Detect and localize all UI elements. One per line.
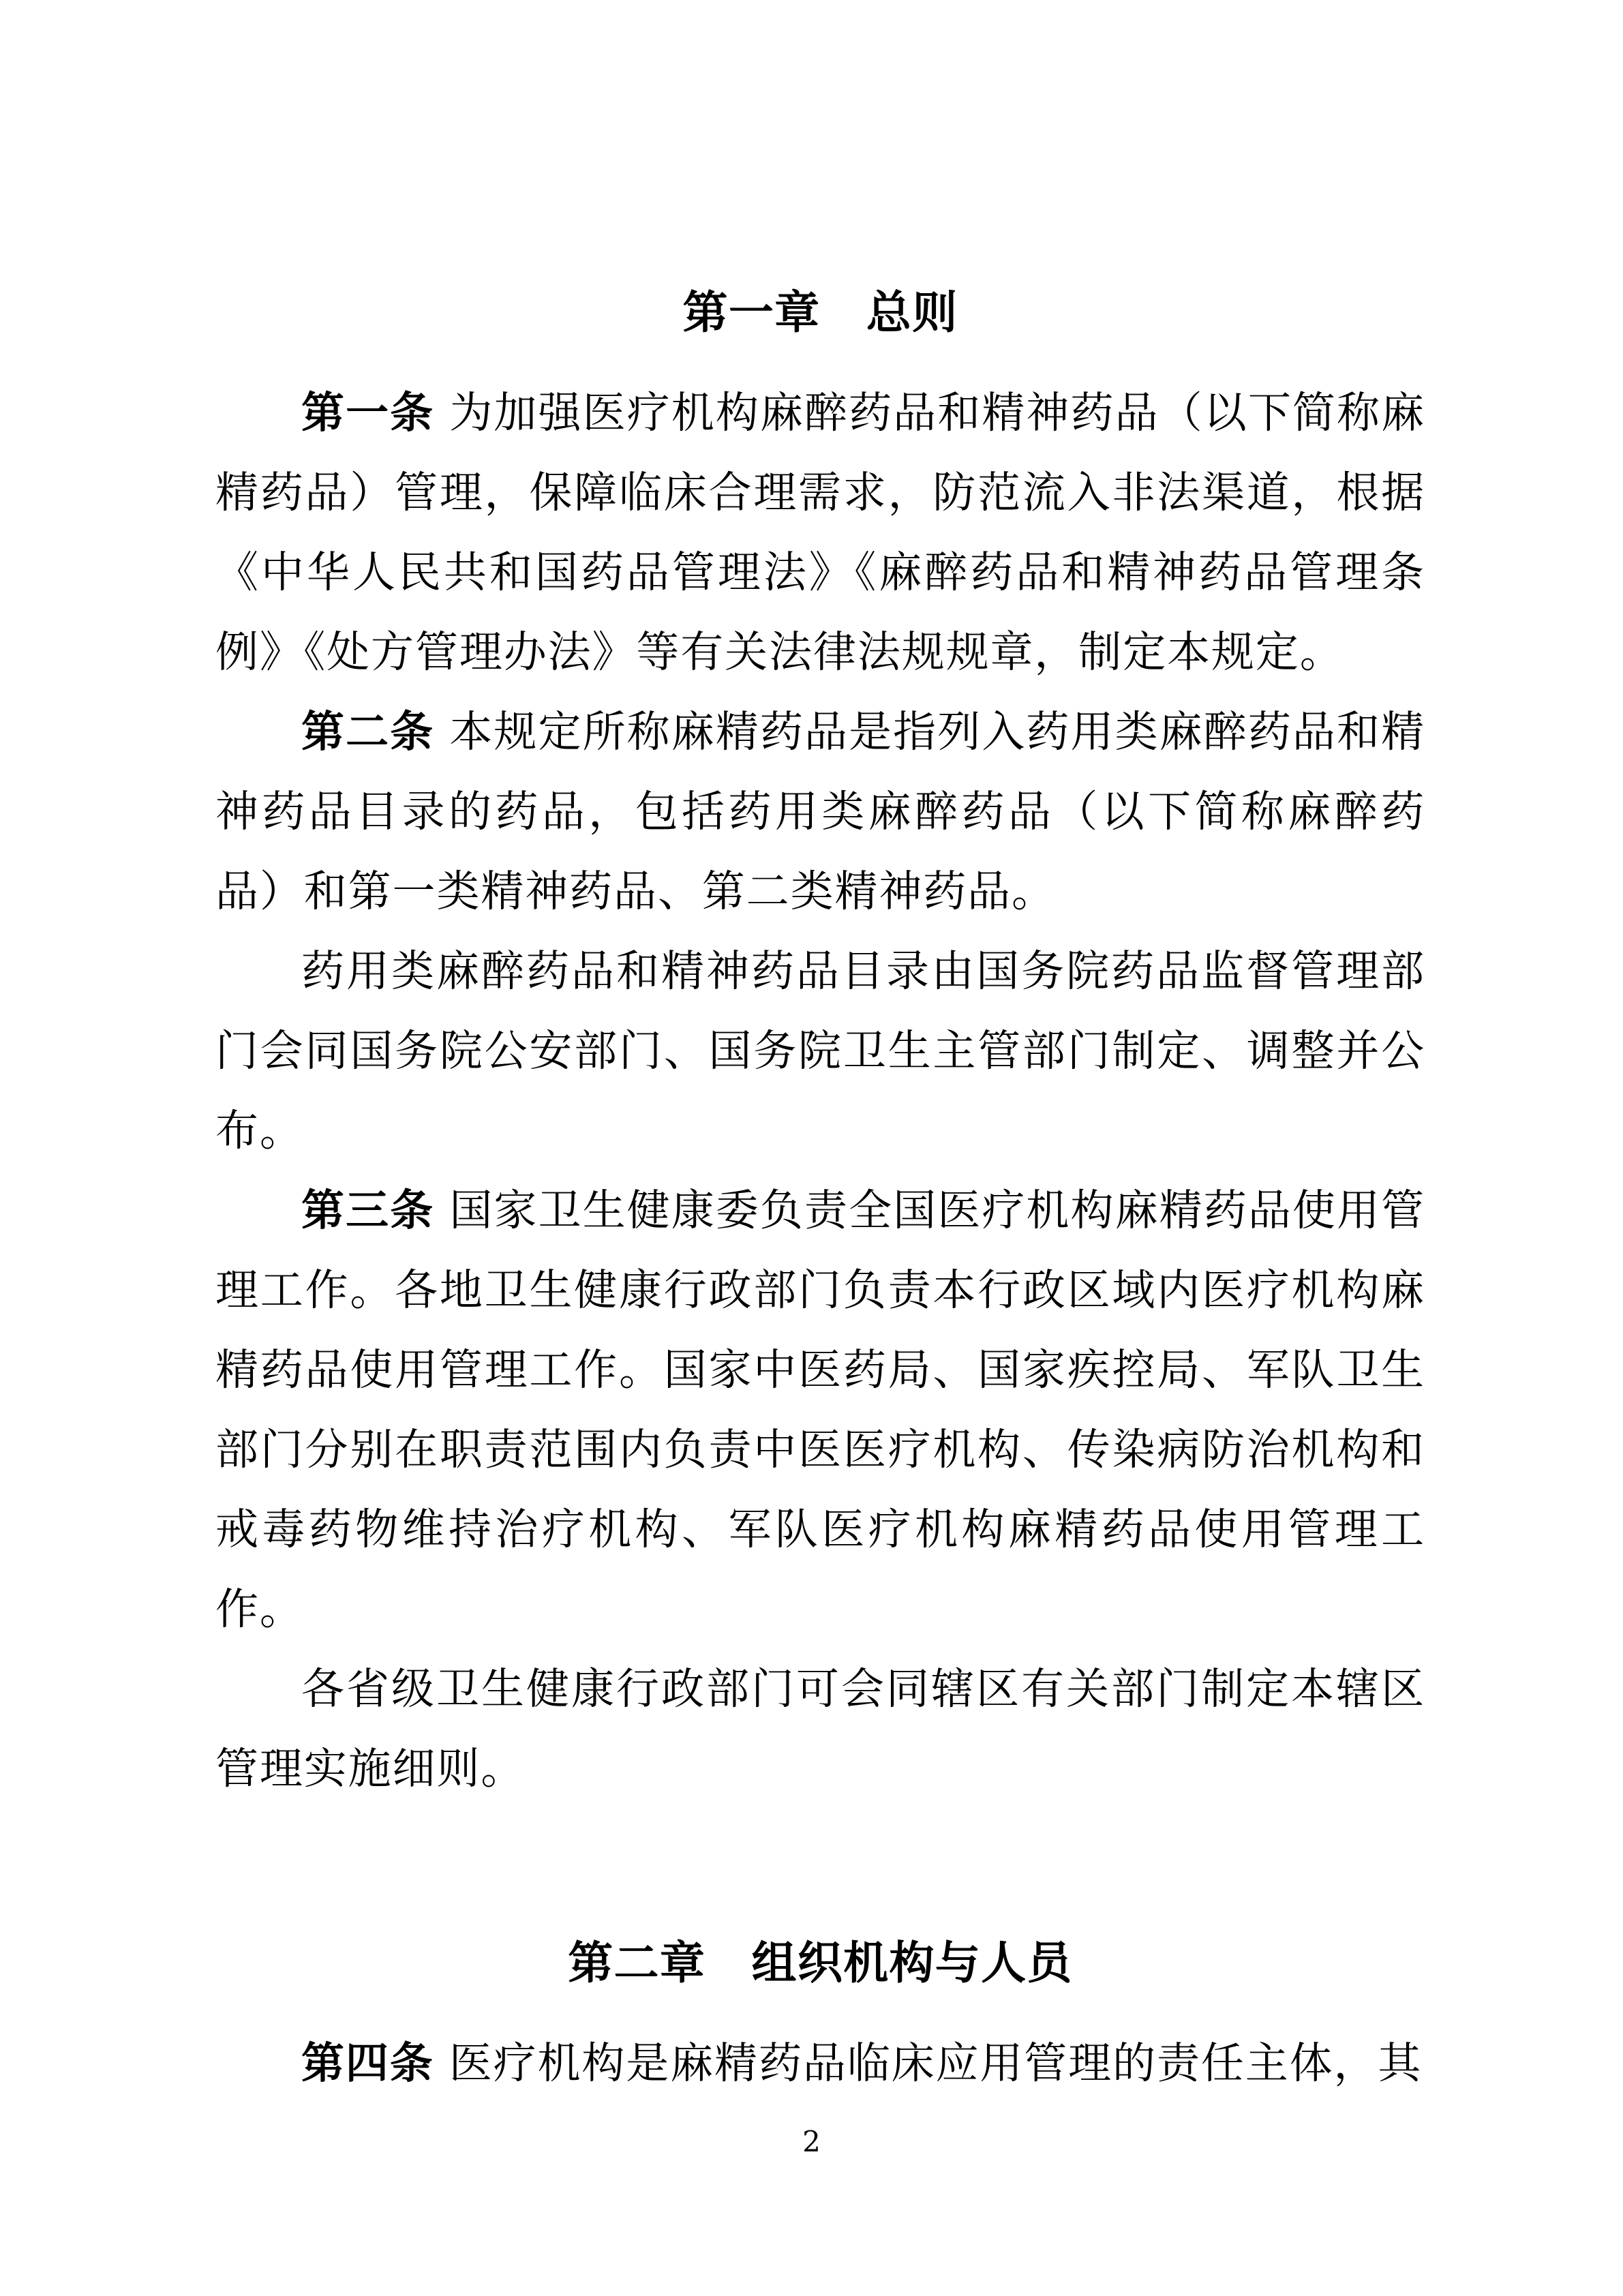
article-2-number: 第二条: [301, 707, 434, 757]
paragraph-article-4: 第四条医疗机构是麻精药品临床应用管理的责任主体，其: [215, 2023, 1425, 2103]
paragraph-article-1: 第一条为加强医疗机构麻醉药品和精神药品（以下简称麻精药品）管理，保障临床合理需求…: [215, 373, 1425, 692]
article-3-text: 国家卫生健康委负责全国医疗机构麻精药品使用管理工作。各地卫生健康行政部门负责本行…: [215, 1185, 1425, 1634]
article-4-text: 医疗机构是麻精药品临床应用管理的责任主体，其: [449, 2038, 1423, 2088]
article-4-number: 第四条: [301, 2038, 434, 2088]
article-1-number: 第一条: [301, 388, 434, 438]
document-body: 第一章 总则 第一条为加强医疗机构麻醉药品和精神药品（以下简称麻精药品）管理，保…: [0, 0, 1623, 2103]
paragraph-article-2: 第二条本规定所称麻精药品是指列入药用类麻醉药品和精神药品目录的药品，包括药用类麻…: [215, 692, 1425, 931]
chapter-1-heading: 第一章 总则: [215, 273, 1425, 352]
article-3-number: 第三条: [301, 1185, 434, 1235]
paragraph-article-2-continuation: 药用类麻醉药品和精神药品目录由国务院药品监督管理部门会同国务院公安部门、国务院卫…: [215, 931, 1425, 1170]
paragraph-article-3-continuation: 各省级卫生健康行政部门可会同辖区有关部门制定本辖区管理实施细则。: [215, 1649, 1425, 1809]
page-number: 2: [802, 2125, 821, 2158]
page-footer: 2: [0, 2121, 1623, 2162]
chapter-2-heading: 第二章 组织机构与人员: [215, 1923, 1425, 2003]
paragraph-text: 药用类麻醉药品和精神药品目录由国务院药品监督管理部门会同国务院公安部门、国务院卫…: [215, 946, 1425, 1155]
paragraph-article-3: 第三条国家卫生健康委负责全国医疗机构麻精药品使用管理工作。各地卫生健康行政部门负…: [215, 1170, 1425, 1649]
chapter-2: 第二章 组织机构与人员 第四条医疗机构是麻精药品临床应用管理的责任主体，其: [215, 1923, 1425, 2103]
chapter-1: 第一章 总则 第一条为加强医疗机构麻醉药品和精神药品（以下简称麻精药品）管理，保…: [215, 273, 1425, 1809]
paragraph-text: 各省级卫生健康行政部门可会同辖区有关部门制定本辖区管理实施细则。: [215, 1664, 1425, 1794]
document-page: 第一章 总则 第一条为加强医疗机构麻醉药品和精神药品（以下简称麻精药品）管理，保…: [0, 0, 1623, 2296]
